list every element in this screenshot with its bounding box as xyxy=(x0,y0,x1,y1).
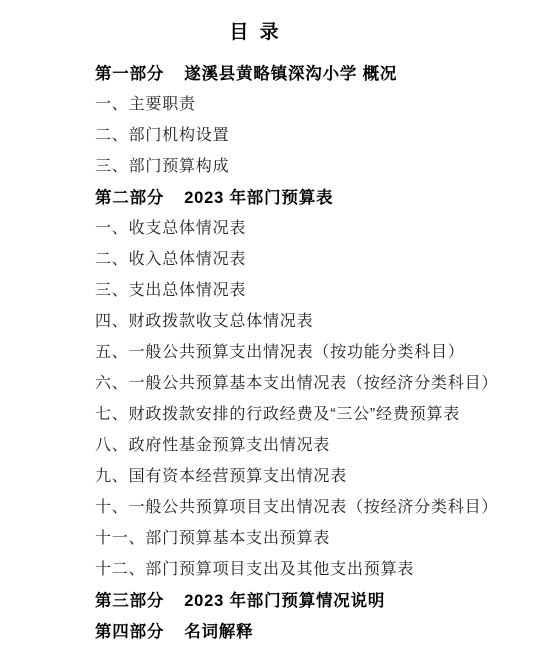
toc-table-2: 二、收入总体情况表 xyxy=(95,242,536,273)
toc-table-10: 十、一般公共预算项目支出情况表（按经济分类科目） xyxy=(95,490,536,521)
toc-table-8: 八、政府性基金预算支出情况表 xyxy=(95,428,536,459)
toc-table-4: 四、财政拨款收支总体情况表 xyxy=(95,304,536,335)
toc-part-2-heading: 第二部分2023 年部门预算表 xyxy=(95,180,536,211)
toc-page: 目 录 第一部分遂溪县黄略镇深沟小学 概况 一、主要职责 二、部门机构设置 三、… xyxy=(0,0,554,649)
toc-table-7: 七、财政拨款安排的行政经费及“三公”经费预算表 xyxy=(95,397,536,428)
toc-part-3-heading: 第三部分2023 年部门预算情况说明 xyxy=(95,583,536,614)
toc-item-budget-composition: 三、部门预算构成 xyxy=(95,149,536,180)
toc-table-11: 十一、部门预算基本支出预算表 xyxy=(95,521,536,552)
page-title: 目 录 xyxy=(35,22,476,44)
part-2-label: 第二部分 xyxy=(95,184,164,208)
toc-table-3: 三、支出总体情况表 xyxy=(95,273,536,304)
toc-item-duties: 一、主要职责 xyxy=(95,87,536,118)
toc-table-1: 一、收支总体情况表 xyxy=(95,211,536,242)
toc-table-5: 五、一般公共预算支出情况表（按功能分类科目） xyxy=(95,335,536,366)
part-1-label: 第一部分 xyxy=(95,60,164,84)
part-2-title: 2023 年部门预算表 xyxy=(184,184,333,208)
toc-item-org-structure: 二、部门机构设置 xyxy=(95,118,536,149)
toc-part-4-heading: 第四部分名词解释 xyxy=(95,614,536,645)
part-3-label: 第三部分 xyxy=(95,587,164,611)
toc-part-1-heading: 第一部分遂溪县黄略镇深沟小学 概况 xyxy=(95,56,536,87)
toc-table-12: 十二、部门预算项目支出及其他支出预算表 xyxy=(95,552,536,583)
part-4-title: 名词解释 xyxy=(184,618,253,642)
toc-table-9: 九、国有资本经营预算支出情况表 xyxy=(95,459,536,490)
toc-table-6: 六、一般公共预算基本支出情况表（按经济分类科目） xyxy=(95,366,536,397)
part-4-label: 第四部分 xyxy=(95,618,164,642)
part-1-title: 遂溪县黄略镇深沟小学 概况 xyxy=(184,60,397,84)
part-3-title: 2023 年部门预算情况说明 xyxy=(184,587,385,611)
